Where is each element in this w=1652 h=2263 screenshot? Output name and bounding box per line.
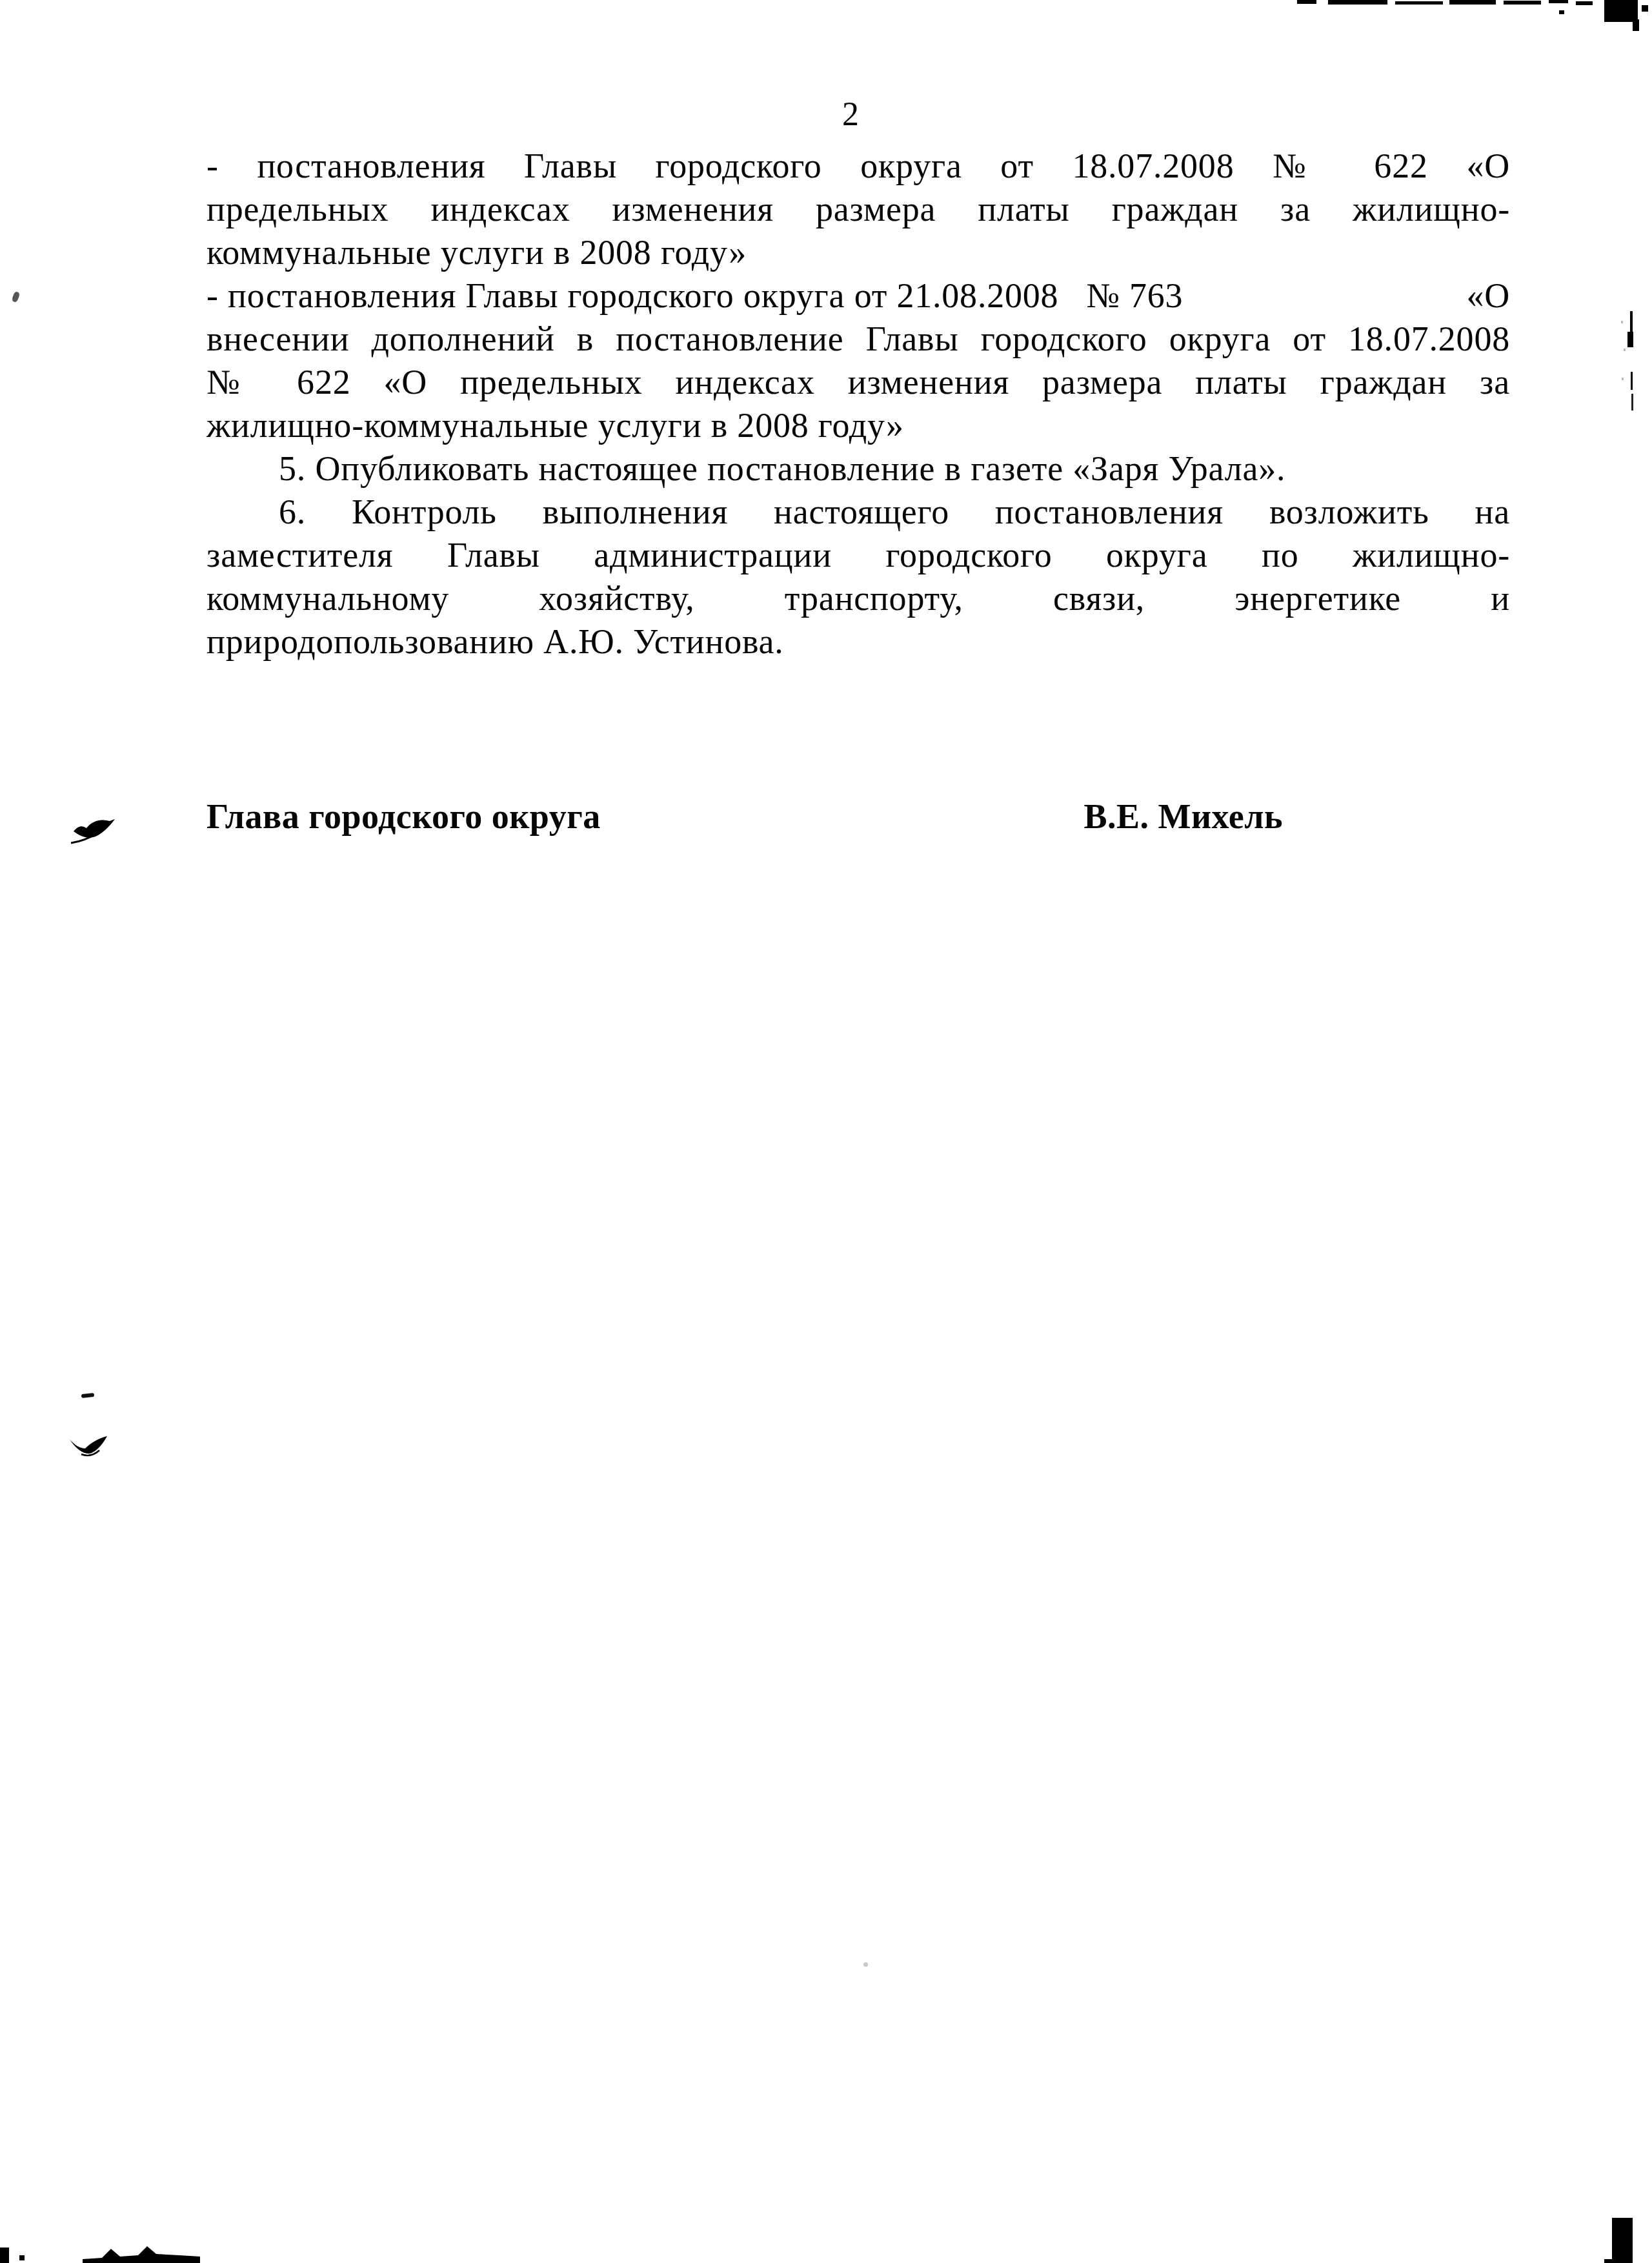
scan-artifact-speck: [1559, 10, 1564, 14]
scan-artifact-corner-step: [1633, 19, 1639, 31]
scan-artifact-top-dash: [1297, 0, 1316, 4]
text-line: 6. Контроль выполнения настоящего постан…: [279, 491, 1510, 534]
scan-artifact-right-line: [1631, 372, 1633, 390]
scan-artifact-right-blob: [1627, 332, 1633, 347]
scan-artifact-faint-dot: [863, 1962, 868, 1967]
scan-artifact-fleck: [1622, 378, 1624, 380]
document-body: - постановления Главы городского округа …: [206, 145, 1510, 664]
signature-title: Глава городского округа: [206, 798, 601, 835]
text-line-right: «О: [1466, 274, 1510, 318]
text-line: № 622 «О предельных индексах изменения р…: [206, 361, 1510, 404]
text-line-left: - постановления Главы городского округа …: [206, 274, 1183, 318]
scan-artifact-swoosh: [70, 817, 117, 847]
text-line: природопользованию А.Ю. Устинова.: [206, 620, 1510, 664]
text-line: 5. Опубликовать настоящее постановление …: [206, 447, 1510, 491]
scan-artifact-bottom-bar-foot: [1604, 2259, 1613, 2263]
text-line: внесении дополнений в постановление Глав…: [206, 318, 1510, 361]
scan-artifact-speck: [19, 2255, 25, 2260]
scan-artifact-speck: [12, 291, 21, 303]
page-number: 2: [825, 97, 876, 133]
scan-artifact-bottom-bar: [1612, 2218, 1633, 2263]
scan-artifact-fleck: [1621, 321, 1623, 323]
scan-artifact-dash: [81, 1393, 95, 1398]
text-line: предельных индексах изменения размера пл…: [206, 188, 1510, 231]
scan-artifact-top-dash: [1576, 1, 1593, 5]
text-line: коммунальному хозяйству, транспорту, свя…: [206, 577, 1510, 620]
scan-artifact-top-dash: [1504, 1, 1541, 5]
text-line: коммунальные услуги в 2008 году»: [206, 231, 1510, 274]
scanned-document-page: 2 - постановления Главы городского округ…: [0, 0, 1652, 2263]
signature-row: Глава городского округа В.Е. Михель: [206, 798, 1283, 835]
scan-artifact-fleck: [1624, 349, 1626, 351]
scan-artifact-bottom-smudge: [83, 2245, 200, 2263]
scan-artifact-corner-block: [1604, 0, 1638, 22]
text-line: заместителя Главы администрации городско…: [206, 534, 1510, 577]
scan-artifact-right-line: [1631, 394, 1633, 411]
text-line: - постановления Главы городского округа …: [206, 145, 1510, 188]
text-line: жилищно-коммунальные услуги в 2008 году»: [206, 404, 1510, 447]
text-line: - постановления Главы городского округа …: [206, 274, 1510, 318]
scan-artifact-top-dash: [1395, 1, 1443, 5]
scan-artifact-top-dash: [1328, 0, 1387, 5]
scan-artifact-top-dash: [1449, 0, 1496, 5]
signature-name: В.Е. Михель: [1083, 798, 1283, 835]
scan-artifact-top-dash: [1549, 0, 1568, 3]
scan-artifact-swoosh: [68, 1434, 108, 1457]
scan-artifact-bottom-nub: [0, 2248, 9, 2263]
scan-artifact-speck: [1642, 5, 1648, 12]
